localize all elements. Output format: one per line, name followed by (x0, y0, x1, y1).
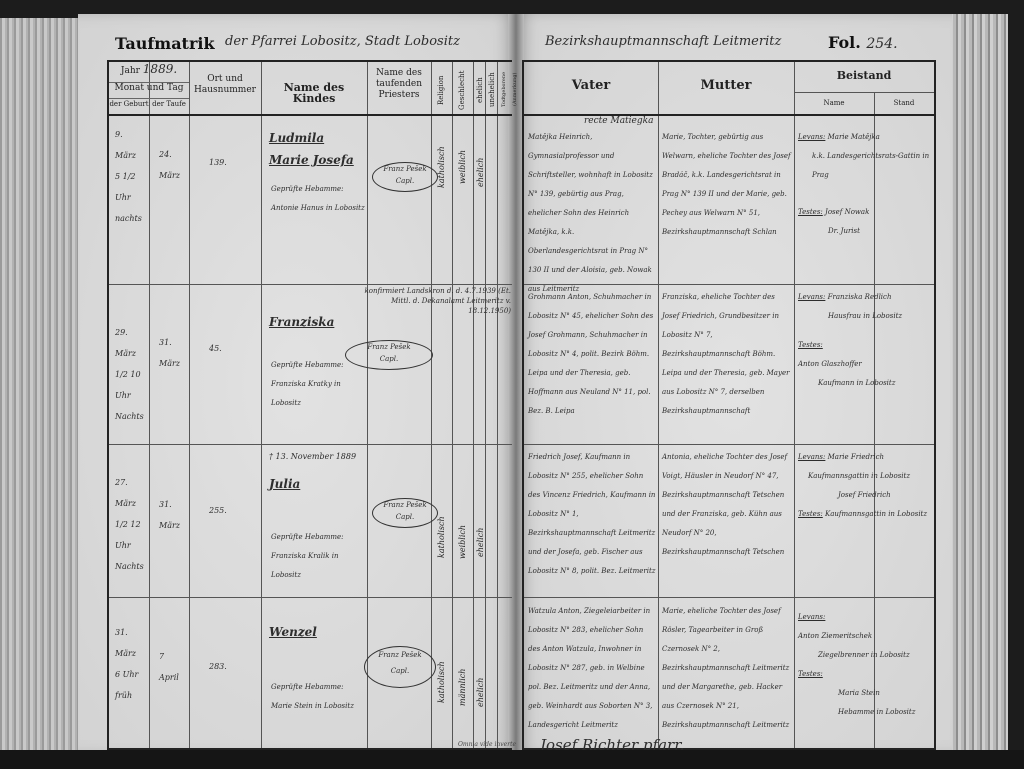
folio-number: 254. (866, 36, 897, 52)
midwife: Geprüfte Hebamme:Marie Stein in Lobositz (271, 678, 367, 716)
child-name: Ludmila Marie Josefa (269, 128, 367, 172)
midwife: Geprüfte Hebamme:Franziska Kralik in Lob… (271, 528, 367, 585)
illegit-header: unehelich (487, 70, 498, 110)
sex-value: weiblich (457, 502, 468, 582)
footer-note: Omnia vide inverte (458, 741, 516, 748)
col-divider (794, 62, 795, 748)
district-line: Bezirkshauptmannschaft Leitmeritz (545, 34, 781, 49)
birth-date: 31.März6 Uhrfrüh (115, 622, 149, 706)
father-info: Friedrich Josef, Kaufmann in Lobositz N°… (528, 448, 656, 581)
register-title: Taufmatrik (115, 34, 215, 53)
sex-header: Geschlecht (457, 70, 468, 110)
birth-date: 27.März1/2 12 UhrNachts (115, 472, 149, 577)
house-number: 45. (209, 338, 222, 359)
col-divider (658, 62, 659, 748)
col-divider (452, 62, 453, 748)
header-rule (109, 114, 512, 116)
birth-header: der Geburt (109, 98, 149, 110)
col-divider (367, 62, 368, 748)
child-annotation: † 13. November 1889 (269, 452, 356, 462)
col-divider (149, 62, 150, 748)
mother-info: Franziska, eheliche Tochter des Josef Fr… (662, 288, 792, 421)
book-edge-right (948, 14, 1008, 759)
father-info: Matějka Heinrich, Gymnasialprofessor und… (528, 128, 656, 299)
header-subrule (794, 92, 934, 93)
place-header: Ort und Hausnummer (193, 74, 257, 96)
col-divider (497, 62, 498, 748)
parish-line: der Pfarrei Lobositz, Stadt Lobositz (225, 34, 460, 49)
godparents-header: Beistand (794, 70, 934, 81)
house-number: 139. (209, 152, 227, 173)
baptism-date: 7April (159, 646, 179, 688)
row-rule (109, 284, 512, 285)
religion-value: katholisch (436, 492, 447, 582)
priest-header: Name des taufenden Priesters (369, 68, 429, 101)
godparent-name-header: Name (794, 98, 874, 109)
book-edge-left (0, 18, 80, 769)
religion-value: katholisch (436, 132, 447, 202)
godparents-info: Levans: Marie Friedrich Kaufmannsgattin … (798, 448, 934, 524)
priest-signature: Franz PešekCapl. (345, 340, 433, 370)
baptism-date: 31.März (159, 332, 180, 374)
father-info: Watzula Anton, Ziegeleiarbeiter in Lobos… (528, 602, 656, 735)
right-register-table: Vater Mutter Beistand Name Stand recte M… (522, 60, 936, 750)
row-rule (109, 597, 512, 598)
baptism-date: 31.März (159, 494, 180, 536)
religion-value: katholisch (436, 642, 447, 722)
godparents-info: Levans: Franziska Redlich Hausfrau in Lo… (798, 288, 934, 393)
stillborn-header: Todtgeborene (Anmerkung) (499, 66, 521, 112)
col-divider (189, 62, 190, 748)
birth-date: 9.März5 1/2 Uhrnachts (115, 124, 149, 229)
house-number: 283. (209, 656, 227, 677)
row-rule (524, 444, 934, 445)
mother-info: Antonia, eheliche Tochter des Josef Voig… (662, 448, 792, 562)
row-rule (524, 597, 934, 598)
child-name: Wenzel (269, 622, 367, 644)
priest-signature: Franz PešekCapl. (372, 498, 438, 528)
sex-value: männlich (457, 652, 468, 722)
baptism-date: 24.März (159, 144, 180, 186)
col-divider (473, 62, 474, 748)
folio-text: Fol. (828, 33, 861, 52)
legit-value: ehelich (475, 512, 486, 572)
mother-info: Marie, eheliche Tochter des Josef Rösler… (662, 602, 792, 735)
sex-value: weiblich (457, 132, 468, 202)
child-name: Julia (269, 474, 367, 496)
legit-header: ehelich (475, 70, 486, 110)
godparents-info: Levans: Anton Ziemeritschek Ziegelbrenne… (798, 608, 934, 722)
child-annotation: konfirmiert Landskron d. d. 4.7.1939 (Et… (359, 286, 511, 316)
mother-info: Marie, Tochter, gebürtig aus Welwarn, eh… (662, 128, 792, 242)
father-annotation: recte Matiegka (584, 116, 653, 126)
father-info: Grohmann Anton, Schuhmacher in Lobositz … (528, 288, 656, 421)
godparents-info: Levans: Marie Matějka k.k. Landesgericht… (798, 128, 934, 241)
month-day-header: Monat und Tag (109, 82, 189, 94)
legit-value: ehelich (475, 142, 486, 202)
legit-value: ehelich (475, 662, 486, 722)
col-divider (261, 62, 262, 748)
priest-signature: Franz PešekCapl. (364, 646, 436, 688)
priest-signature: Franz PešekCapl. (372, 162, 438, 192)
scan-bottom-shadow (0, 750, 1024, 769)
folio-label: Fol. 254. (828, 33, 898, 52)
child-name-header: Name des Kindes (261, 82, 367, 104)
year-header: Jahr 1889. (109, 64, 189, 77)
baptism-header: der Taufe (149, 98, 189, 110)
house-number: 255. (209, 500, 227, 521)
mother-header: Mutter (658, 80, 794, 91)
father-header: Vater (524, 80, 658, 91)
row-rule (109, 444, 512, 445)
godparent-status-header: Stand (874, 98, 934, 109)
birth-date: 29.März1/2 10 UhrNachts (115, 322, 149, 427)
religion-header: Religion (436, 70, 447, 110)
child-name: Franziska (269, 312, 367, 334)
midwife: Geprüfte Hebamme:Antonie Hanus in Lobosi… (271, 180, 367, 218)
left-register-table: Jahr 1889. Monat und Tag der Geburt der … (107, 60, 512, 750)
